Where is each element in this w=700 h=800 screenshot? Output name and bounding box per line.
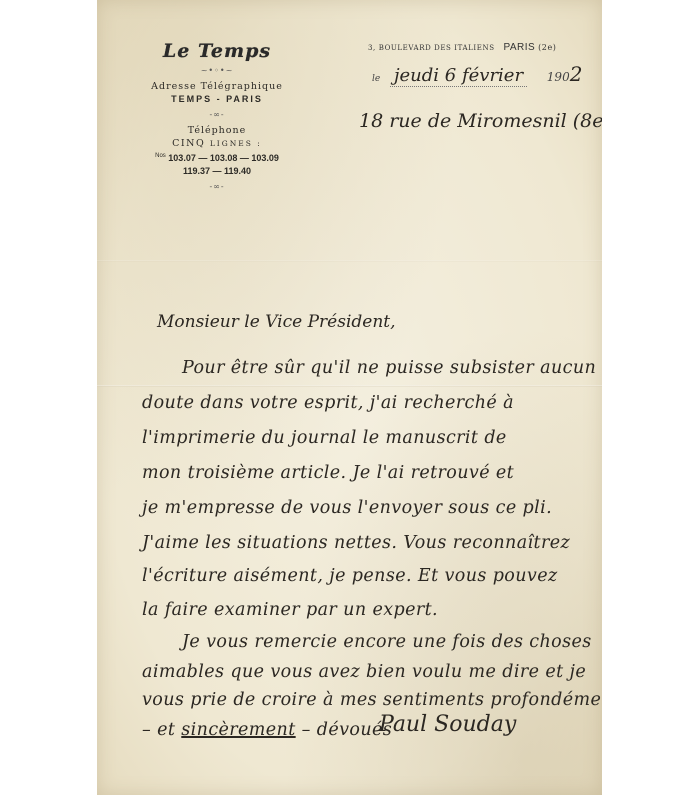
- letter-line: l'écriture aisément, je pense. Et vous p…: [142, 566, 558, 586]
- street-address: 3, BOULEVARD DES ITALIENS: [368, 44, 495, 52]
- lines-prefix: CINQ: [172, 138, 205, 149]
- letter-line: vous prie de croire à mes sentiments pro…: [142, 690, 602, 710]
- date-handwritten: jeudi 6 février: [390, 65, 527, 87]
- ornament-icon: -∞-: [107, 110, 327, 119]
- letter-line: aimables que vous avez bien voulu me dir…: [142, 662, 586, 682]
- phone-label: Téléphone: [107, 124, 327, 137]
- year-printed: 190: [547, 70, 570, 84]
- year-handwritten: 2: [570, 62, 583, 86]
- letter-line: mon troisième article. Je l'ai retrouvé …: [142, 463, 514, 483]
- date-line: le jeudi 6 février 1902: [372, 62, 582, 87]
- letter-sheet: Le Temps ~•◦•~ Adresse Télégraphique TEM…: [97, 0, 602, 795]
- letterhead-address: 3, BOULEVARD DES ITALIENS PARIS (2e): [368, 42, 557, 53]
- page-canvas: Le Temps ~•◦•~ Adresse Télégraphique TEM…: [0, 0, 700, 800]
- phone-numbers-row-1: Nos 103.07 — 103.08 — 103.09: [107, 150, 327, 165]
- closing-underlined: sincèrement: [181, 720, 295, 740]
- letter-line: doute dans votre esprit, j'ai recherché …: [142, 393, 514, 413]
- phone-lines: CINQ LIGNES :: [107, 137, 327, 150]
- ornament-icon: ~•◦•~: [107, 66, 327, 75]
- arrondissement: (2e): [538, 43, 556, 52]
- phone-numbers-row-2: 119.37 — 119.40: [107, 165, 327, 178]
- date-prefix: le: [372, 74, 380, 84]
- letter-line: je m'empresse de vous l'envoyer sous ce …: [142, 498, 552, 518]
- letter-line: Pour être sûr qu'il ne puisse subsister …: [182, 358, 596, 378]
- telegraph-label: Adresse Télégraphique: [107, 80, 327, 93]
- sender-address: 18 rue de Miromesnil (8e): [359, 110, 602, 132]
- letter-line: la faire examiner par un expert.: [142, 600, 438, 620]
- numbers-prefix: Nos: [155, 153, 166, 159]
- letterhead: Le Temps ~•◦•~ Adresse Télégraphique TEM…: [107, 40, 327, 196]
- letter-line: J'aime les situations nettes. Vous recon…: [142, 533, 570, 553]
- lines-label: LIGNES :: [210, 139, 262, 148]
- city: PARIS: [503, 42, 535, 53]
- closing-line: – et sincèrement – dévoués: [142, 720, 392, 740]
- ornament-icon: -∞-: [107, 182, 327, 191]
- closing-prefix: – et: [142, 720, 181, 740]
- letter-line: Je vous remercie encore une fois des cho…: [182, 632, 592, 652]
- telegraph-address: TEMPS - PARIS: [107, 93, 327, 106]
- newspaper-title: Le Temps: [107, 40, 327, 62]
- salutation: Monsieur le Vice Président,: [157, 312, 396, 332]
- signature: Paul Souday: [379, 712, 516, 737]
- fold-crease: [97, 260, 602, 262]
- letter-line: l'imprimerie du journal le manuscrit de: [142, 428, 507, 448]
- fold-crease: [97, 385, 602, 387]
- closing-suffix: – dévoués: [296, 720, 392, 740]
- numbers-row-1: 103.07 — 103.08 — 103.09: [168, 153, 279, 163]
